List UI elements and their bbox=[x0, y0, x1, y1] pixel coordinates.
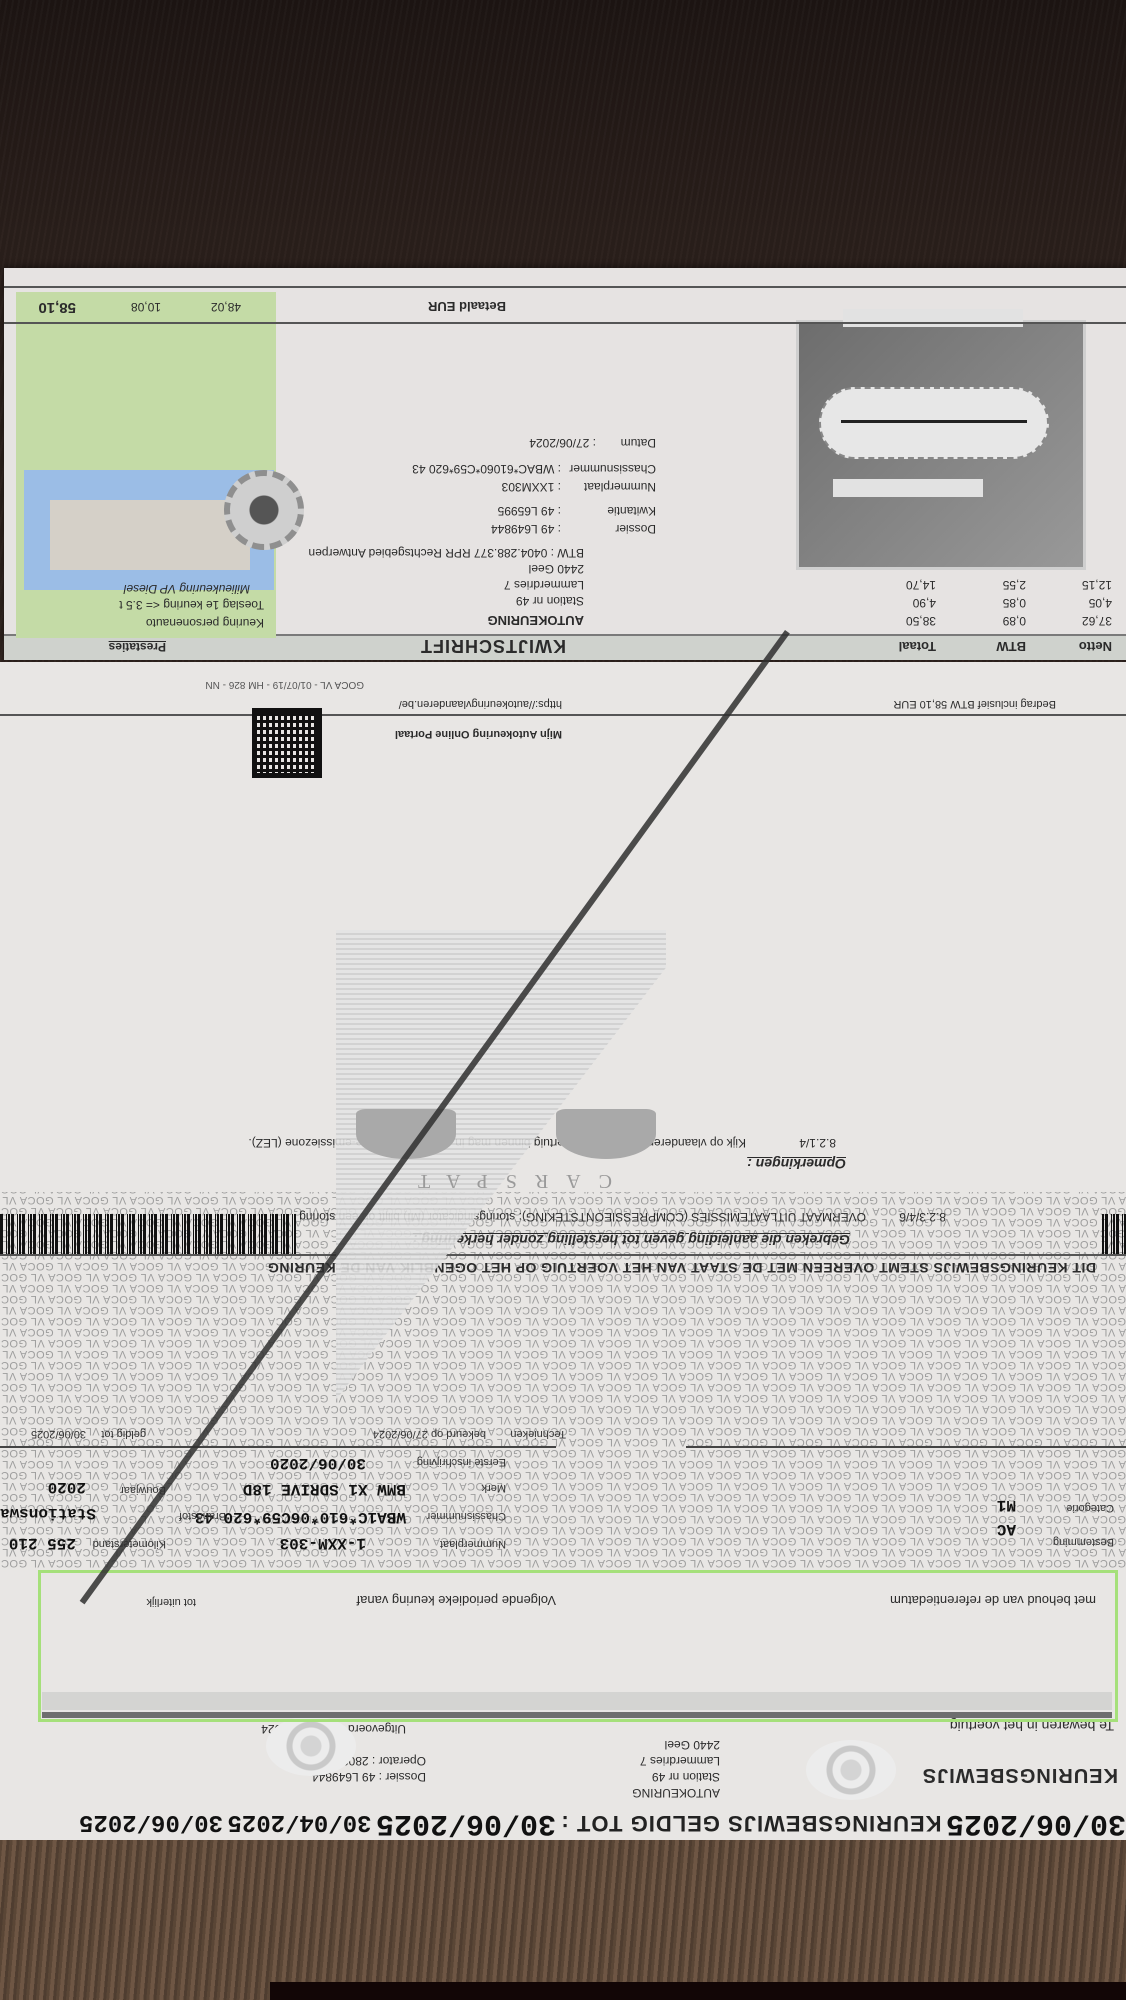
paid-divider bbox=[4, 322, 1126, 324]
detail-label: Kwitantie bbox=[607, 504, 656, 518]
detail-value: : 49 L65995 bbox=[498, 504, 561, 518]
amount-net: 12,15 bbox=[1082, 578, 1112, 592]
amount-net: 4,05 bbox=[1089, 596, 1112, 610]
logo-bar bbox=[833, 479, 983, 497]
notice-underline bbox=[0, 1254, 1126, 1256]
footer-divider bbox=[0, 714, 1126, 716]
latest-label: tot uiterlijk bbox=[146, 1596, 196, 1608]
field-value-chassisnummer: WBA1C*610*06C59*620 43 bbox=[195, 1508, 406, 1526]
field-label-chassisnummer: Chassisnummer bbox=[427, 1510, 506, 1522]
receipt-bottom-line bbox=[4, 286, 1126, 288]
tech-value: bekeurd op 27/06/2024 bbox=[373, 1428, 486, 1440]
seal-emblem-icon bbox=[806, 1740, 896, 1800]
station-line: Lammerdries 7 bbox=[640, 1754, 720, 1768]
paid-net: 48,02 bbox=[211, 300, 241, 314]
defects-title: Gebreken die aanleiding geven tot herste… bbox=[413, 1232, 850, 1248]
wood-table-foreground bbox=[0, 1836, 1126, 2000]
company-name: AUTOKEURING bbox=[487, 613, 584, 628]
service-item: Keuring personenauto bbox=[146, 616, 264, 630]
field-value-categorie: M1 bbox=[997, 1496, 1016, 1514]
detail-value: : 1XXM303 bbox=[502, 480, 561, 494]
field-value-eigenaar: Stationswagen bbox=[0, 1504, 96, 1522]
portal-url-link[interactable]: https://autokeuringvlaanderen.be/ bbox=[399, 698, 562, 710]
tech-label: Technieken bbox=[510, 1428, 566, 1440]
inspection-badge-logo bbox=[819, 387, 1049, 459]
next-periodic-label: Volgende periodieke keuring vanaf bbox=[357, 1593, 556, 1608]
field-label-merk: Merk bbox=[482, 1482, 506, 1494]
amount-header-vat: BTW bbox=[996, 639, 1026, 654]
validity-top-band bbox=[42, 1712, 1112, 1718]
detail-label: Chassisnummer bbox=[569, 462, 656, 476]
certificate-title: KEURINGSBEWIJS bbox=[922, 1763, 1118, 1786]
paid-vat: 10,08 bbox=[131, 300, 161, 314]
watermark-swirl-icon bbox=[224, 470, 304, 550]
remarks-title: Opmerkingen : bbox=[747, 1156, 846, 1172]
company-city: 2440 Geel bbox=[529, 562, 584, 576]
amount-net: 37,62 bbox=[1082, 614, 1112, 628]
paid-label: Betaald EUR bbox=[428, 299, 506, 314]
amount-vat: 0,89 bbox=[1003, 614, 1026, 628]
field-label-brandstof: Brandstof bbox=[179, 1510, 226, 1522]
detail-label: Datum bbox=[621, 436, 656, 450]
detail-value: : 27/06/2024 bbox=[529, 436, 596, 450]
reference-note: met behoud van de referentiedatum bbox=[890, 1593, 1096, 1608]
qr-code[interactable] bbox=[252, 708, 322, 778]
detail-value: : WBAC*61060*C59*620 43 bbox=[412, 462, 561, 476]
amount-header-total: Totaal bbox=[899, 639, 936, 654]
detail-value: : 49 L649844 bbox=[491, 522, 561, 536]
station-line: AUTOKEURING bbox=[632, 1786, 720, 1800]
station-line: Station nr 49 bbox=[652, 1770, 720, 1784]
inspection-line: Operator : 2800 bbox=[342, 1754, 426, 1768]
defect-code: 8.2.3/4/6 bbox=[899, 1210, 946, 1224]
logo-bar bbox=[843, 309, 1023, 327]
certificate-sheet: KEURINGSBEWIJS Te bewaren in het voertui… bbox=[0, 662, 1126, 1840]
station-line: 2440 Geel bbox=[665, 1738, 720, 1752]
detail-label: Nummerplaat bbox=[584, 480, 656, 494]
vehicle-divider bbox=[0, 1446, 556, 1448]
valid-value: 30/06/2025 bbox=[31, 1428, 86, 1440]
service-item: Toeslag 1e keuring <= 3.5 t bbox=[119, 598, 264, 612]
company-street: Lammerdries 7 bbox=[504, 578, 584, 592]
detail-label: Dossier bbox=[615, 522, 656, 536]
field-value-eerste-inschrijving: 30/06/2020 bbox=[270, 1454, 366, 1472]
receipt-logo-frame bbox=[796, 320, 1086, 570]
amount-vat: 2,55 bbox=[1003, 578, 1026, 592]
paid-total: 58,10 bbox=[38, 299, 76, 316]
vat-inclusive-note: Bedrag inclusief BTW 58,10 EUR bbox=[893, 698, 1056, 710]
carspat-emblem: CARSPAT bbox=[356, 1052, 656, 1192]
field-value-bestemming: AC bbox=[997, 1520, 1016, 1538]
field-value-nummerplaat: 1-XXM-303 bbox=[280, 1534, 366, 1552]
remark-code: 8.2.1/4 bbox=[799, 1136, 836, 1150]
field-value-bouwjaar: 2020 bbox=[48, 1478, 86, 1496]
amount-header-net: Netto bbox=[1079, 639, 1112, 654]
validity-grey-band bbox=[42, 1692, 1112, 1710]
company-station: Station nr 49 bbox=[516, 594, 584, 608]
field-label-bestemming: Bestemming bbox=[1053, 1536, 1114, 1548]
field-label-eerste-inschrijving: Eerste inschrijving bbox=[417, 1456, 506, 1468]
bottom-shadow-strip bbox=[270, 1982, 1126, 2000]
field-value-kilometerstand: 255 210 bbox=[9, 1534, 76, 1552]
company-vat: BTW : 0404.288.377 RPR Rechtsgebied Antw… bbox=[309, 546, 585, 560]
barcode bbox=[1102, 1214, 1126, 1254]
field-value-merk: BMW X1 SDRIVE 18D bbox=[243, 1480, 406, 1498]
field-label-categorie: Categorie bbox=[1066, 1502, 1114, 1514]
amount-total: 14,70 bbox=[906, 578, 936, 592]
seal-emblem-icon bbox=[266, 1716, 356, 1776]
amount-vat: 0,85 bbox=[1003, 596, 1026, 610]
watermark-text: CARSPAT bbox=[356, 1169, 656, 1192]
document-code: GOCA VL - 01/07/19 - HM 826 - NN bbox=[205, 679, 364, 690]
portal-label[interactable]: Mijn Autokeuring Online Portaal bbox=[395, 728, 562, 740]
amount-total: 38,50 bbox=[906, 614, 936, 628]
field-label-nummerplaat: Nummerplaat bbox=[440, 1538, 506, 1550]
barcode bbox=[0, 1214, 296, 1254]
receipt-title: KWIJTSCHRIFT bbox=[420, 635, 566, 656]
vehicle-divider bbox=[686, 1446, 1126, 1448]
services-header: Prestaties bbox=[109, 640, 166, 654]
amount-total: 4,90 bbox=[913, 596, 936, 610]
receipt-sheet: Netto BTW Totaal KWIJTSCHRIFT Prestaties… bbox=[4, 268, 1126, 660]
valid-label: geldig tot bbox=[101, 1428, 146, 1440]
service-item: Milieukeuring VP Diesel bbox=[124, 582, 250, 596]
